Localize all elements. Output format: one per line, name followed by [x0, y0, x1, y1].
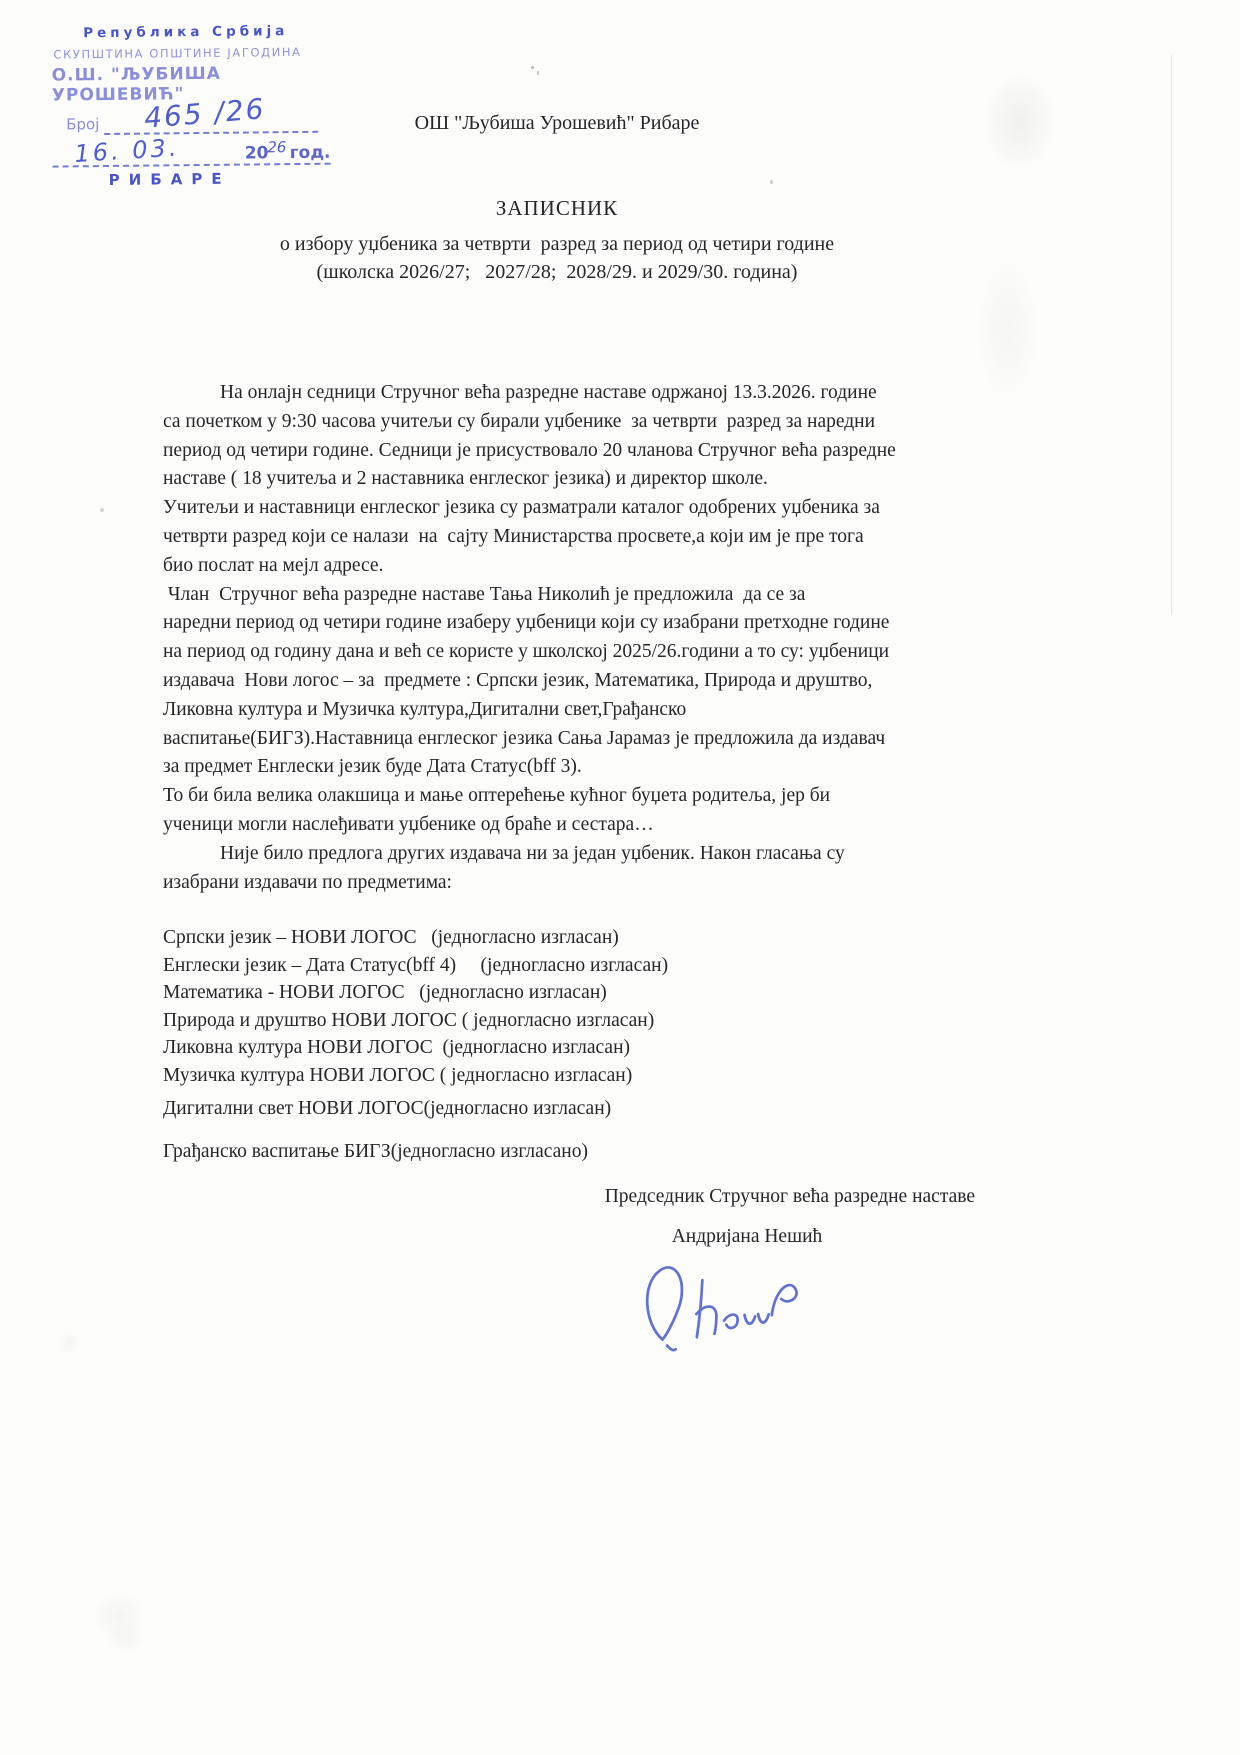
- scan-speck: [531, 66, 534, 69]
- stamp-date-row: 16. 03. 20 26 год.: [52, 139, 330, 168]
- stamp-year-suffix: год.: [290, 143, 331, 163]
- scan-smudge: [58, 1330, 80, 1356]
- body-line: ученици могли наслеђивати уџбенике од бр…: [163, 811, 978, 840]
- school-name-header: ОШ "Љубиша Урошевић" Рибаре: [0, 112, 1114, 135]
- stamp-country: Република Србија: [83, 23, 288, 41]
- body-line: Учитељи и наставници енглеског језика су…: [163, 494, 978, 523]
- document-subtitle-line2: (школска 2026/27; 2027/28; 2028/29. и 20…: [0, 261, 1114, 284]
- subject-result: Музичка култура НОВИ ЛОГОС ( једногласно…: [163, 1062, 978, 1090]
- scan-smudge: [92, 1592, 147, 1640]
- body-line: четврти разред који се налази на сајту М…: [163, 523, 978, 552]
- stamp-date-handwritten: 16. 03.: [74, 134, 181, 169]
- body-line: Није било предлога других издавача ни за…: [163, 840, 978, 869]
- body-line: био послат на мејл адресе.: [163, 552, 978, 581]
- subject-result: Математика - НОВИ ЛОГОС (једногласно изг…: [163, 979, 978, 1007]
- signatory-name: Андријана Нешић: [547, 1226, 947, 1248]
- body-line: период од четири године. Седници је прис…: [163, 437, 978, 466]
- body-line: са почетком у 9:30 часова учитељи су бир…: [163, 408, 978, 437]
- stamp-year-printed: 20: [245, 143, 269, 163]
- subject-results-list: Српски језик – НОВИ ЛОГОС (једногласно и…: [163, 924, 978, 1090]
- stamp-place: РИБАРЕ: [109, 170, 231, 189]
- body-line: васпитање(БИГЗ).Наставница енглеског јез…: [163, 725, 978, 754]
- body-line: на период од годину дана и већ се корист…: [163, 638, 978, 667]
- document-subtitle-line1: о избору уџбеника за четврти разред за п…: [0, 233, 1114, 256]
- body-line: Ликовна култура и Музичка култура,Дигита…: [163, 696, 978, 725]
- subject-result: Српски језик – НОВИ ЛОГОС (једногласно и…: [163, 924, 978, 952]
- subject-result-digital: Дигитални свет НОВИ ЛОГОС(једногласно из…: [163, 1098, 611, 1120]
- stamp-municipality: СКУПШТИНА ОПШТИНЕ ЈАГОДИНА: [53, 45, 301, 62]
- body-text: На онлајн седници Стручног већа разредне…: [163, 379, 978, 897]
- subject-result-civic: Грађанско васпитање БИГЗ(једногласно изг…: [163, 1141, 588, 1163]
- body-line: Члан Стручног већа разредне наставе Тања…: [163, 581, 978, 610]
- body-line: за предмет Енглески језик буде Дата Стат…: [163, 753, 978, 782]
- signatory-role: Председник Стручног већа разредне настав…: [163, 1186, 975, 1208]
- scan-speck: [100, 508, 104, 512]
- scan-speck: [770, 180, 773, 184]
- scan-edge-line: [1171, 55, 1172, 615]
- body-line: наредни период од четири године изаберу …: [163, 609, 978, 638]
- stamp-year-handwritten: 26: [267, 138, 286, 156]
- document-title: ЗАПИСНИК: [0, 196, 1114, 221]
- scan-smudge: [104, 1622, 146, 1654]
- subject-result: Енглески језик – Дата Статус(bff 4) (јед…: [163, 952, 978, 980]
- scanned-document-page: Република Србија СКУПШТИНА ОПШТИНЕ ЈАГОД…: [0, 0, 1240, 1755]
- body-line: То би била велика олакшица и мање оптере…: [163, 782, 978, 811]
- body-line: издавача Нови логос – за предмете : Српс…: [163, 667, 978, 696]
- subject-result: Ликовна култура НОВИ ЛОГОС (једногласно …: [163, 1034, 978, 1062]
- subject-result: Природа и друштво НОВИ ЛОГОС ( једноглас…: [163, 1007, 978, 1035]
- school-stamp: Република Србија СКУПШТИНА ОПШТИНЕ ЈАГОД…: [51, 22, 353, 195]
- handwritten-signature: [628, 1252, 808, 1367]
- body-line: изабрани издавачи по предметима:: [163, 869, 978, 898]
- scan-speck: [537, 71, 539, 75]
- body-line: наставе ( 18 учитеља и 2 наставника енгл…: [163, 465, 978, 494]
- body-line: На онлајн седници Стручног већа разредне…: [163, 379, 978, 408]
